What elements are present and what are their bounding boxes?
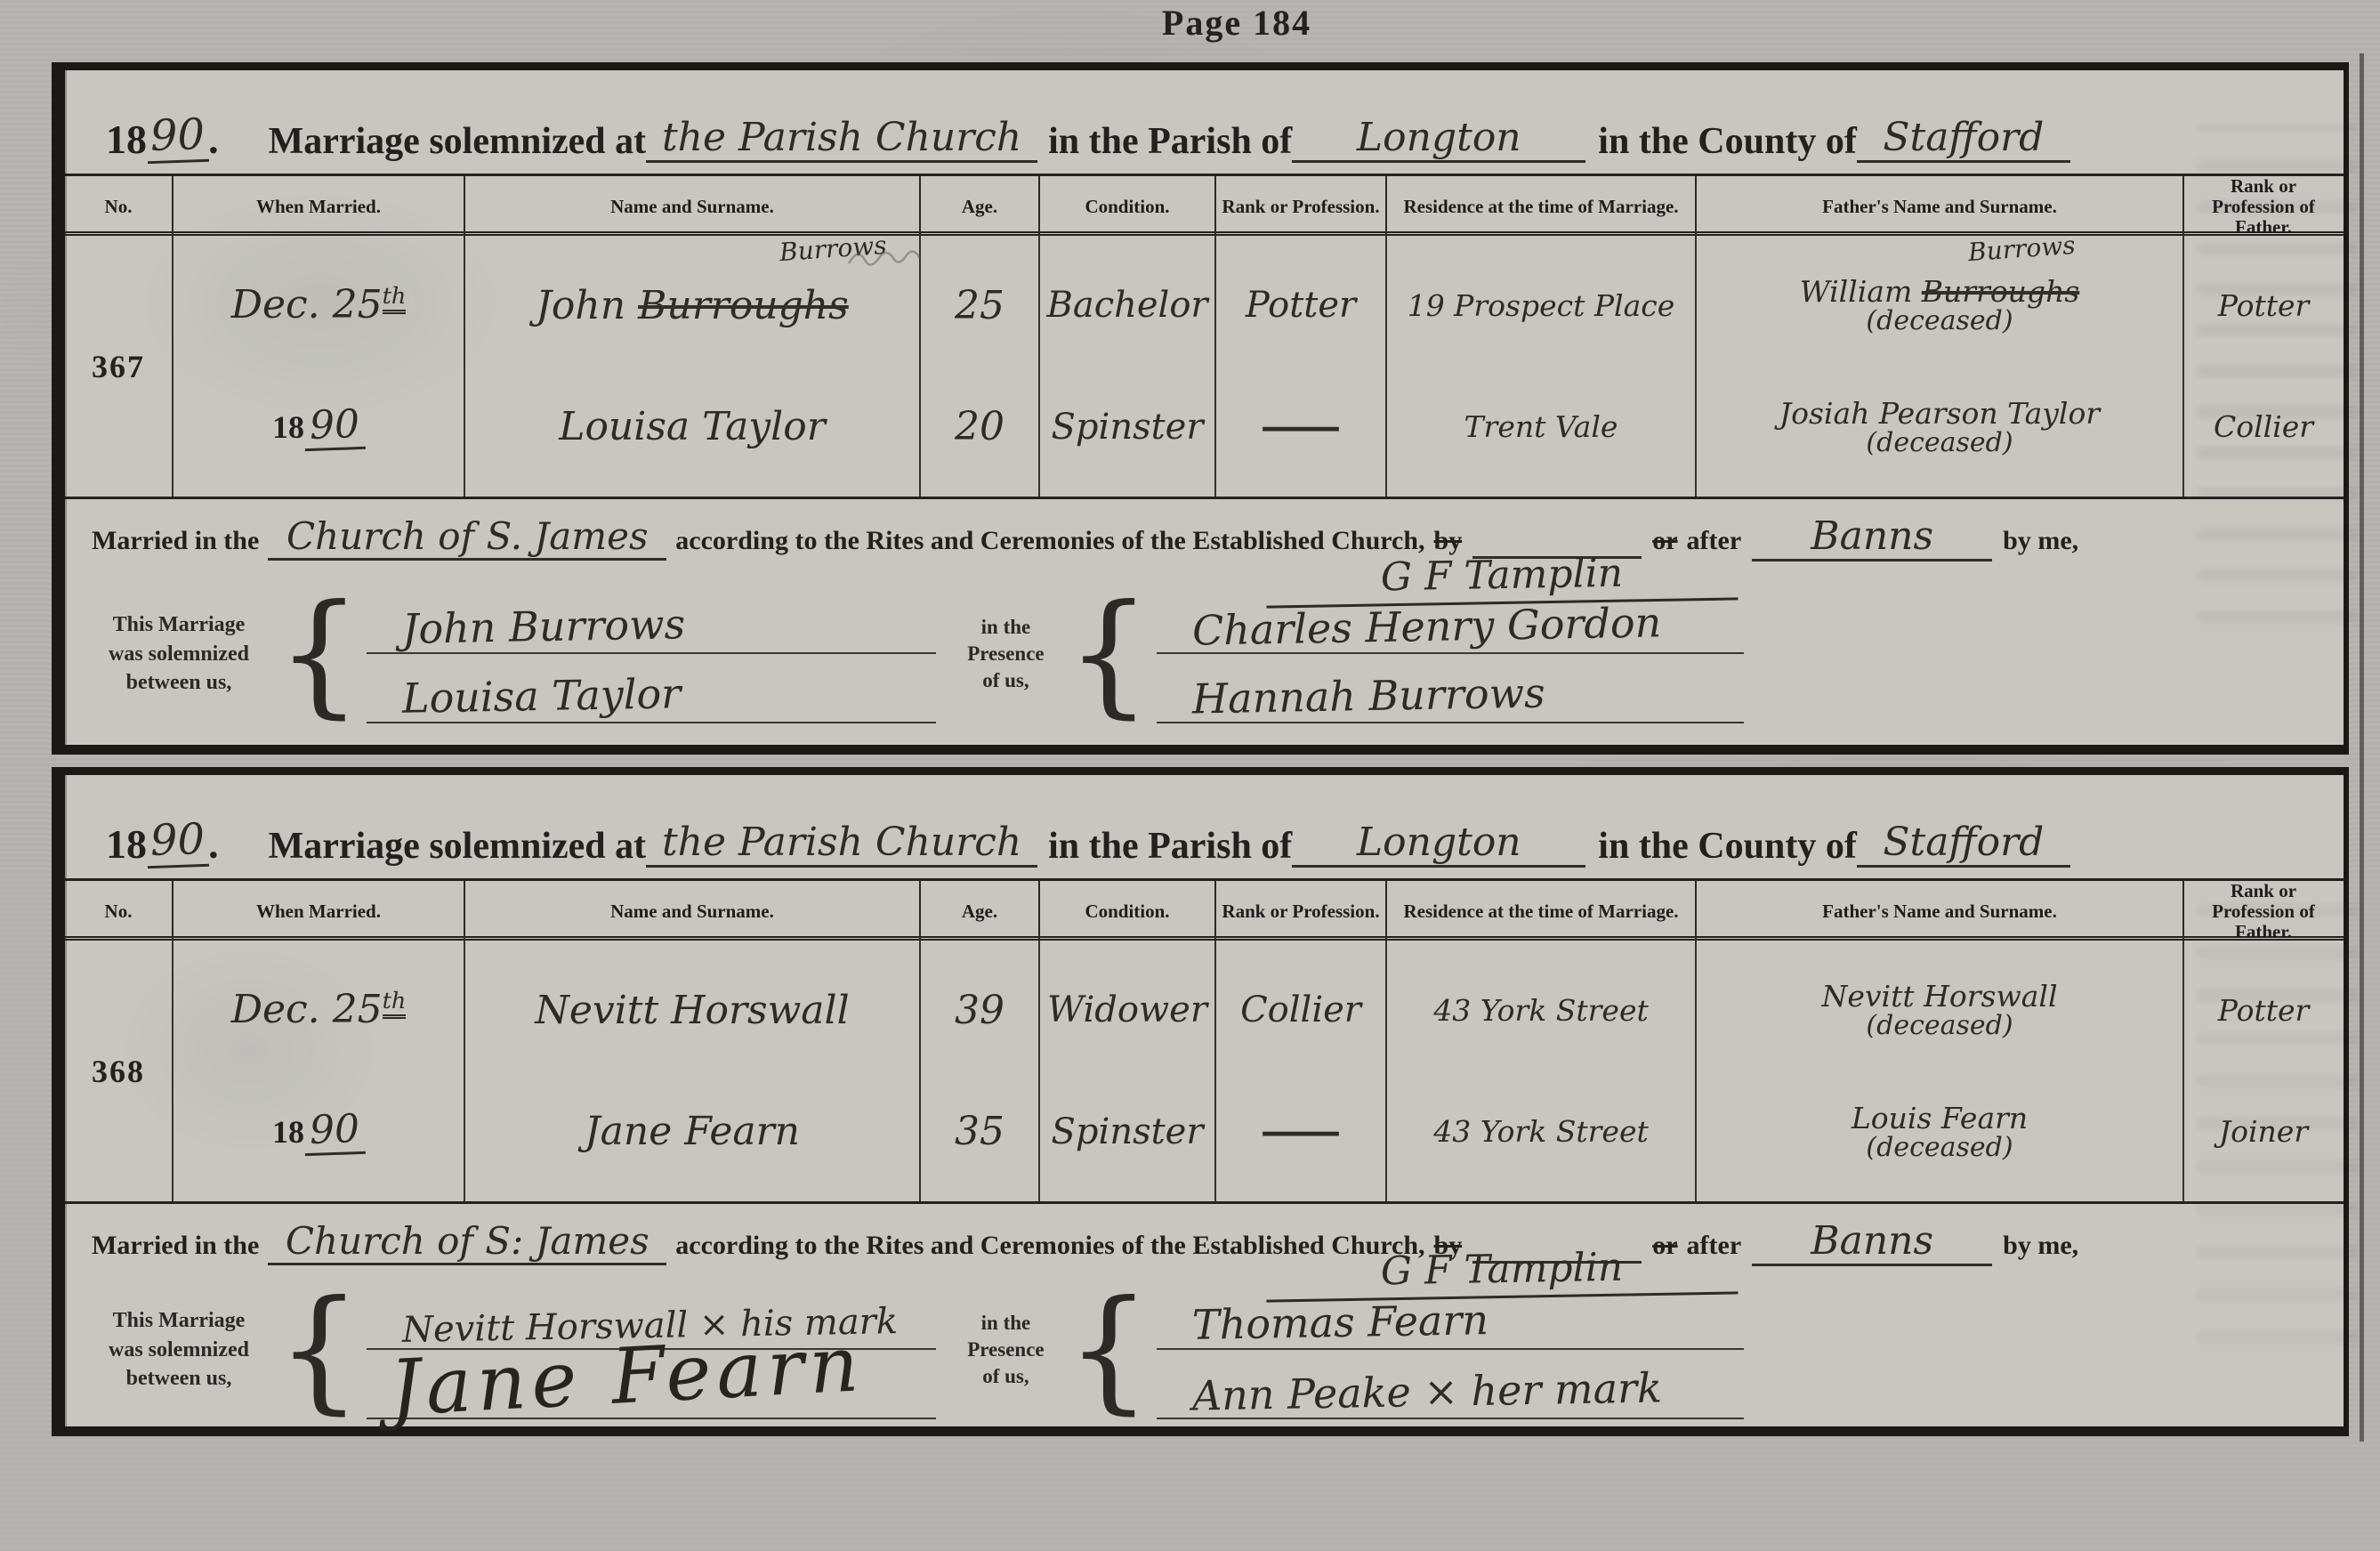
church-place-handwritten: the Parish Church (646, 115, 1037, 163)
bride-condition: Spinster (1052, 407, 1204, 448)
bride-residence: 43 York Street (1433, 1114, 1649, 1149)
year-handwritten: 90 (146, 109, 209, 164)
year-printed-prefix: 18 (106, 820, 147, 868)
in-county-of-label: in the County of (1598, 825, 1857, 868)
col-header-when-married: When Married. (173, 176, 465, 238)
presence-of-us-label: in thePresenceof us, (948, 1310, 1062, 1390)
bride-age: 20 (955, 404, 1004, 449)
in-county-of-label: in the County of (1598, 120, 1857, 163)
bride-father-profession: Collier (2214, 409, 2313, 444)
groom-father-profession: Potter (2218, 288, 2310, 323)
groom-residence: 43 York Street (1433, 993, 1649, 1028)
col-header-no: No. (65, 881, 173, 942)
county-handwritten: Stafford (1857, 820, 2070, 868)
marriage-date-year: 1890 (272, 1107, 365, 1155)
column-headers: No. When Married. Name and Surname. Age.… (65, 176, 2344, 236)
bride-signature: Louisa Taylor (402, 669, 682, 722)
col-header-name-surname: Name and Surname. (465, 881, 921, 942)
bride-condition: Spinster (1052, 1111, 1204, 1152)
bride-father-name: Louis Fearn (1852, 1101, 2028, 1135)
entry-number: 367 (92, 348, 145, 385)
left-brace (277, 594, 361, 715)
married-in-line: Married in the Church of S. James accord… (92, 513, 2333, 561)
entry-367-solemnization: Married in the Church of S. James accord… (65, 499, 2344, 766)
col-header-residence: Residence at the time of Marriage. (1387, 176, 1697, 238)
witness-2-signature: Ann Peake × her mark (1191, 1363, 1662, 1419)
groom-profession: Potter (1246, 285, 1356, 326)
married-in-the-label: Married in the (92, 1231, 259, 1261)
parish-handwritten: Longton (1292, 115, 1585, 163)
pencil-scribble (844, 241, 924, 277)
entry-368-heading: 1890. Marriage solemnized at the Parish … (65, 775, 2344, 881)
bride-age: 35 (955, 1109, 1004, 1154)
married-in-line: Married in the Church of S: James accord… (92, 1218, 2333, 1266)
groom-name: Nevitt Horswall (535, 988, 849, 1033)
marriage-register-scan: Page 184 1890. Marriage solemnized at th… (0, 0, 2380, 1551)
col-header-age: Age. (921, 176, 1040, 238)
spouse-signatures: Nevitt Horswall × his mark Jane Fearn (367, 1280, 936, 1419)
church-place-handwritten: the Parish Church (646, 820, 1037, 868)
groom-signature: John Burrows (402, 600, 686, 653)
spouse-signatures: John Burrows Louisa Taylor (367, 585, 936, 723)
witness-1-signature: Thomas Fearn (1191, 1296, 1489, 1349)
groom-condition: Widower (1047, 990, 1207, 1030)
entry-367-heading: 1890. Marriage solemnized at the Parish … (65, 70, 2344, 176)
col-header-condition: Condition. (1040, 881, 1216, 942)
register-entry-368: 1890. Marriage solemnized at the Parish … (52, 767, 2349, 1436)
witness-signatures: Charles Henry Gordon Hannah Burrows (1157, 585, 1744, 723)
in-parish-of-label: in the Parish of (1048, 825, 1292, 868)
witness-2-signature: Hannah Burrows (1191, 669, 1545, 723)
col-header-no: No. (65, 176, 173, 238)
left-brace (277, 1290, 361, 1410)
col-header-condition: Condition. (1040, 176, 1216, 238)
witness-brace (1066, 594, 1150, 715)
entry-368-solemnization: Married in the Church of S: James accord… (65, 1204, 2344, 1448)
register-entry-367: 1890. Marriage solemnized at the Parish … (52, 62, 2349, 755)
col-header-father-name: Father's Name and Surname. (1697, 881, 2184, 942)
bride-father-profession: Joiner (2219, 1114, 2308, 1149)
presence-of-us-label: in thePresenceof us, (948, 614, 1062, 694)
groom-father-name: Nevitt Horswall (1822, 979, 2058, 1014)
this-marriage-label: This Marriagewas solemnizedbetween us, (85, 610, 273, 697)
witness-brace (1066, 1290, 1150, 1410)
col-header-rank-profession: Rank or Profession. (1216, 176, 1387, 238)
groom-name: John Burroughs (536, 283, 848, 328)
year-period: . (208, 820, 219, 868)
marriage-date-day: Dec. 25th (231, 987, 407, 1032)
bride-father-status: (deceased) (1866, 427, 2013, 458)
marriage-date-year: 1890 (272, 402, 365, 450)
banns-handwritten: Banns (1752, 1218, 1992, 1266)
col-header-age: Age. (921, 881, 1040, 942)
groom-age: 25 (955, 283, 1004, 328)
by-me-label: by me, (2003, 526, 2078, 556)
by-me-label: by me, (2003, 1231, 2078, 1261)
solemnized-at-label: Marriage solemnized at (269, 120, 647, 163)
married-church-handwritten: Church of S. James (268, 514, 666, 561)
col-header-rank-profession: Rank or Profession. (1216, 881, 1387, 942)
married-church-handwritten: Church of S: James (268, 1219, 666, 1265)
banns-handwritten: Banns (1752, 513, 1992, 561)
col-header-name-surname: Name and Surname. (465, 176, 921, 238)
groom-father-profession: Potter (2218, 993, 2310, 1028)
signatures-section: This Marriagewas solemnizedbetween us, N… (85, 1280, 1744, 1419)
witness-signatures: Thomas Fearn Ann Peake × her mark (1157, 1280, 1744, 1419)
col-header-father-rank: Rank or Profession of Father. (2184, 881, 2343, 942)
county-handwritten: Stafford (1857, 115, 2070, 163)
witness-1-signature: Charles Henry Gordon (1191, 598, 1661, 654)
col-header-father-rank: Rank or Profession of Father. (2184, 176, 2343, 238)
bride-profession-dash: — (1258, 1111, 1343, 1152)
page-number: Page 184 (1050, 2, 1424, 44)
groom-condition: Bachelor (1046, 285, 1207, 326)
by-word-struck: by (1434, 526, 1463, 556)
father-surname-correction-note: Burrows (1967, 230, 2077, 267)
bride-father-name: Josiah Pearson Taylor (1779, 396, 2100, 431)
col-header-father-name: Father's Name and Surname. (1697, 176, 2184, 238)
signatures-section: This Marriagewas solemnizedbetween us, J… (85, 585, 1744, 723)
this-marriage-label: This Marriagewas solemnizedbetween us, (85, 1306, 273, 1393)
married-in-the-label: Married in the (92, 526, 259, 556)
in-parish-of-label: in the Parish of (1048, 120, 1292, 163)
year-period: . (208, 116, 219, 163)
entry-368-row: 368 Dec. 25th 1890 Nevitt Horswall Jane … (65, 941, 2344, 1204)
parish-handwritten: Longton (1292, 820, 1585, 868)
groom-age: 39 (955, 988, 1004, 1033)
bride-residence: Trent Vale (1464, 409, 1618, 444)
bride-name: Louisa Taylor (559, 404, 826, 449)
groom-residence: 19 Prospect Place (1408, 288, 1675, 323)
bride-profession-dash: — (1258, 406, 1343, 448)
page-edge-shadow (2360, 53, 2364, 1442)
groom-profession: Collier (1240, 990, 1361, 1030)
bride-father-status: (deceased) (1866, 1132, 2013, 1163)
entry-number: 368 (92, 1053, 145, 1090)
col-header-residence: Residence at the time of Marriage. (1387, 881, 1697, 942)
marriage-date-day: Dec. 25th (231, 282, 407, 327)
column-headers: No. When Married. Name and Surname. Age.… (65, 881, 2344, 941)
groom-father-status: (deceased) (1866, 305, 2013, 336)
according-to-label: according to the Rites and Ceremonies of… (675, 526, 1424, 556)
entry-367-row: 367 Dec. 25th 1890 Burrows John Burrough… (65, 236, 2344, 499)
solemnized-at-label: Marriage solemnized at (269, 825, 647, 868)
groom-father-status: (deceased) (1866, 1010, 2013, 1041)
groom-father-name: William Burroughs (1800, 274, 2080, 309)
year-printed-prefix: 18 (106, 116, 147, 163)
bride-name: Jane Fearn (585, 1109, 800, 1154)
year-handwritten: 90 (146, 814, 209, 868)
col-header-when-married: When Married. (173, 881, 465, 942)
